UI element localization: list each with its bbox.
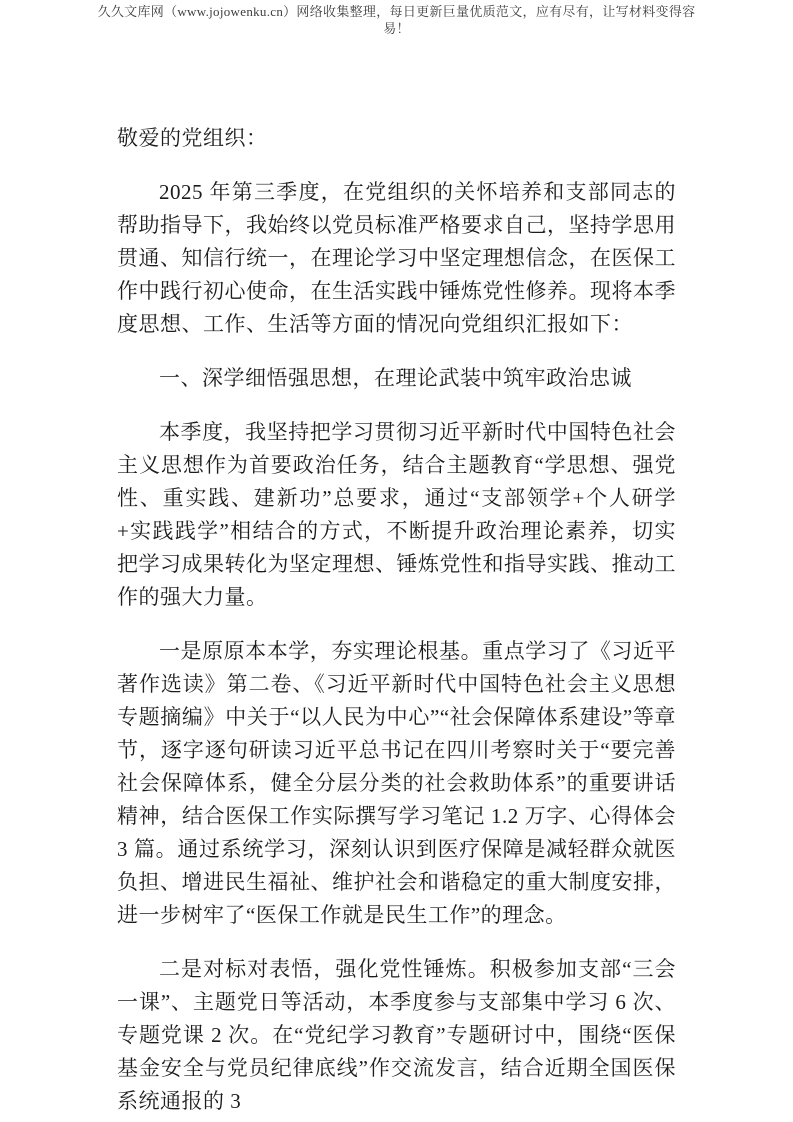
- section1-paragraph-original-text-study: 一是原原本本学，夯实理论根基。重点学习了《习近平著作选读》第二卷、《习近平新时代…: [117, 635, 676, 932]
- intro-paragraph: 2025 年第三季度，在党组织的关怀培养和支部同志的帮助指导下，我始终以党员标准…: [117, 176, 676, 341]
- site-watermark-header: 久久文库网（www.jojowenku.cn）网络收集整理，每日更新巨量优质范文…: [90, 0, 704, 37]
- section1-paragraph-theory-study: 本季度，我坚持把学习贯彻习近平新时代中国特色社会主义思想作为首要政治任务，结合主…: [117, 416, 676, 614]
- section1-heading: 一、深学细悟强思想，在理论武装中筑牢政治忠诚: [117, 362, 676, 395]
- salutation: 敬爱的党组织：: [117, 122, 676, 155]
- section1-paragraph-party-spirit-truncated: 二是对标对表悟，强化党性锤炼。积极参加支部“三会一课”、主题党日等活动，本季度参…: [117, 953, 676, 1118]
- document-body: 敬爱的党组织： 2025 年第三季度，在党组织的关怀培养和支部同志的帮助指导下，…: [117, 122, 676, 1118]
